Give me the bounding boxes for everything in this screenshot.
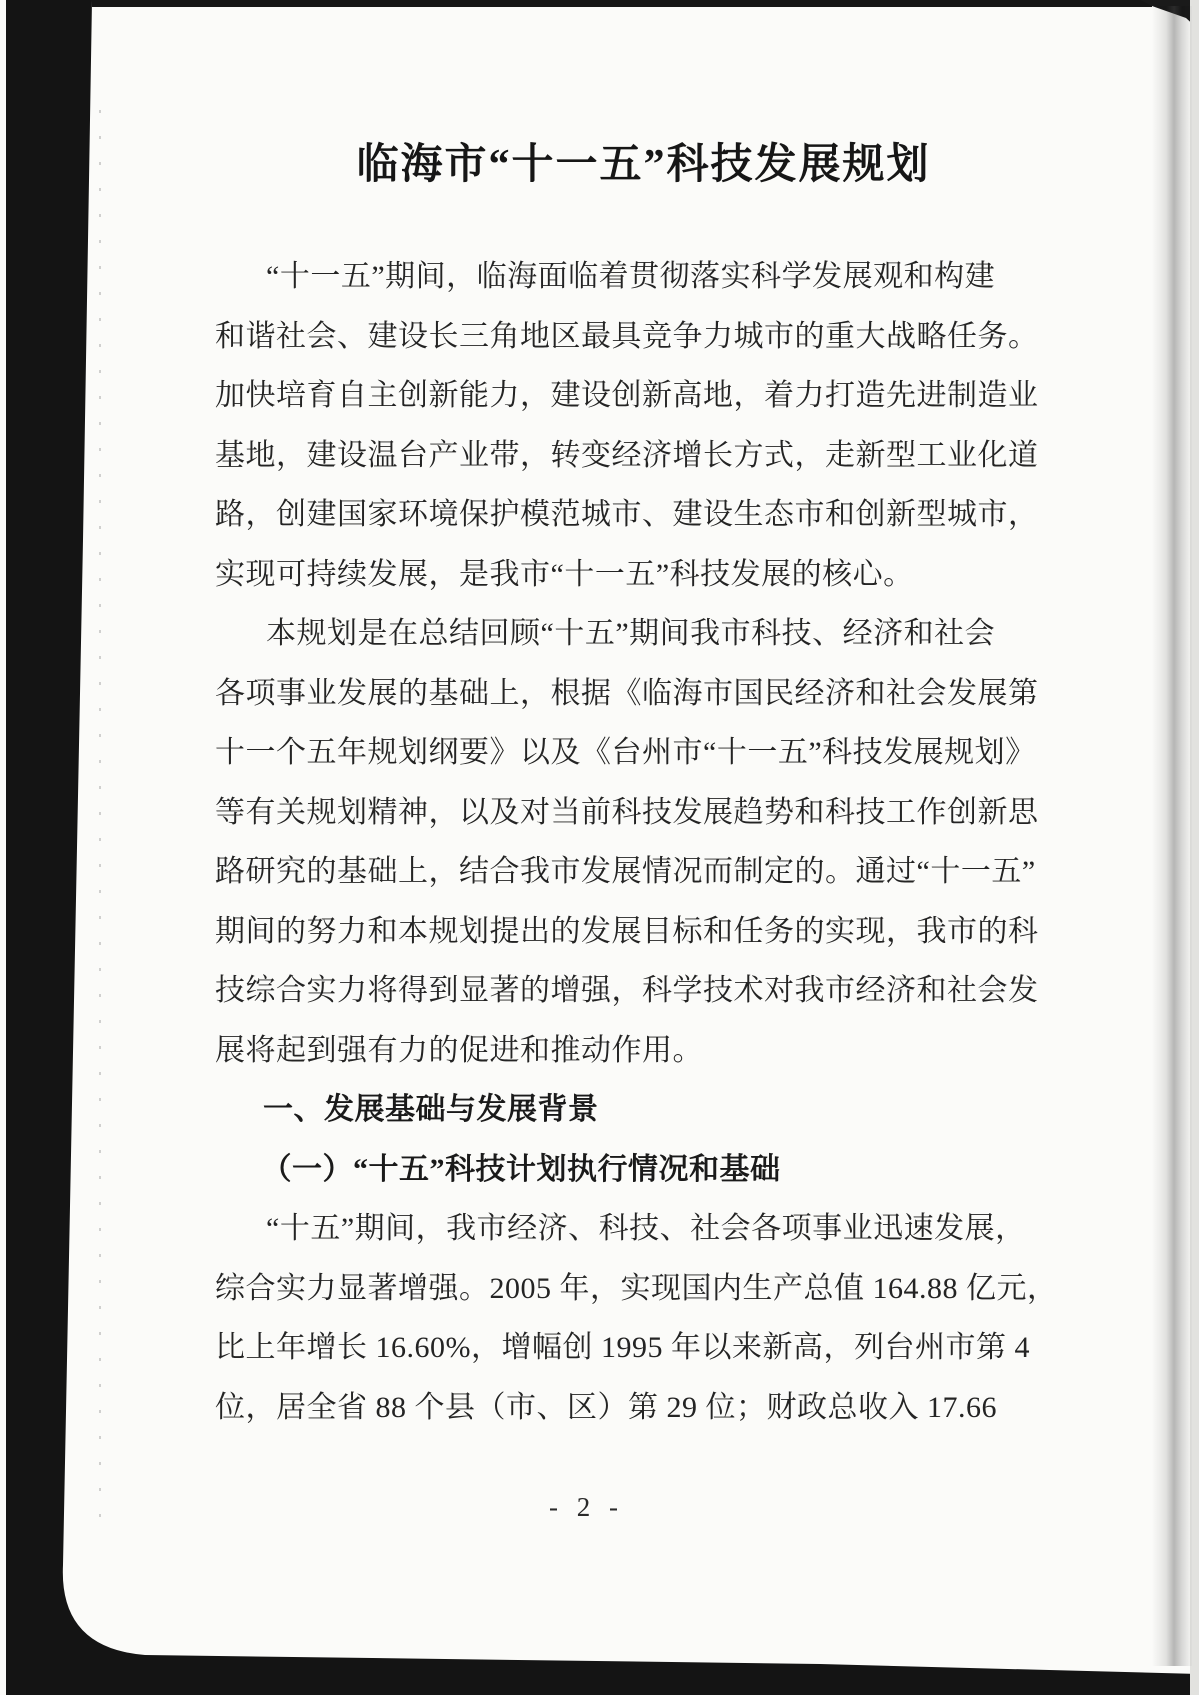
text-line: 综合实力显著增强。2005 年，实现国内生产总值 164.88 亿元， — [215, 1259, 1040, 1319]
text-line: 和谐社会、建设长三角地区最具竞争力城市的重大战略任务。 — [215, 307, 1040, 367]
text-line: 位，居全省 88 个县（市、区）第 29 位；财政总收入 17.66 — [215, 1378, 1040, 1438]
text-line: 基地，建设温台产业带，转变经济增长方式，走新型工业化道 — [215, 426, 1040, 486]
text-line: 本规划是在总结回顾“十五”期间我市科技、经济和社会 — [215, 604, 1040, 664]
text-line: 比上年增长 16.60%，增幅创 1995 年以来新高，列台州市第 4 — [215, 1318, 1040, 1378]
text-line: 期间的努力和本规划提出的发展目标和任务的实现，我市的科 — [215, 902, 1040, 962]
text-line: 展将起到强有力的促进和推动作用。 — [215, 1021, 1040, 1081]
text-line: “十一五”期间，临海面临着贯彻落实科学发展观和构建 — [215, 247, 1040, 307]
text-line: 各项事业发展的基础上，根据《临海市国民经济和社会发展第 — [215, 664, 1040, 724]
binding-shadow-icon — [1152, 6, 1192, 1666]
text-line: 等有关规划精神，以及对当前科技发展趋势和科技工作创新思 — [215, 783, 1040, 843]
text-line: 加快培育自主创新能力，建设创新高地，着力打造先进制造业 — [215, 366, 1040, 426]
page-number: - 2 - — [0, 1492, 1186, 1523]
subsection-heading: （一）“十五”科技计划执行情况和基础 — [215, 1140, 1040, 1200]
text-line: “十五”期间，我市经济、科技、社会各项事业迅速发展， — [215, 1199, 1040, 1259]
text-line: 路研究的基础上，结合我市发展情况而制定的。通过“十一五” — [215, 842, 1040, 902]
text-block: “十一五”期间，临海面临着贯彻落实科学发展观和构建 和谐社会、建设长三角地区最具… — [215, 247, 1040, 1437]
document-title: 临海市“十一五”科技发展规划 — [231, 131, 1056, 191]
text-line: 技综合实力将得到显著的增强，科学技术对我市经济和社会发 — [215, 961, 1040, 1021]
scanned-page: 临海市“十一五”科技发展规划 “十一五”期间，临海面临着贯彻落实科学发展观和构建… — [0, 0, 1199, 1695]
text-line: 路，创建国家环境保护模范城市、建设生态市和创新型城市， — [215, 485, 1040, 545]
scan-noise-line — [99, 110, 101, 1530]
section-heading: 一、发展基础与发展背景 — [215, 1080, 1040, 1140]
text-line: 实现可持续发展，是我市“十一五”科技发展的核心。 — [215, 545, 1040, 605]
text-line: 十一个五年规划纲要》以及《台州市“十一五”科技发展规划》 — [215, 723, 1040, 783]
scan-border-top — [92, 0, 1152, 7]
